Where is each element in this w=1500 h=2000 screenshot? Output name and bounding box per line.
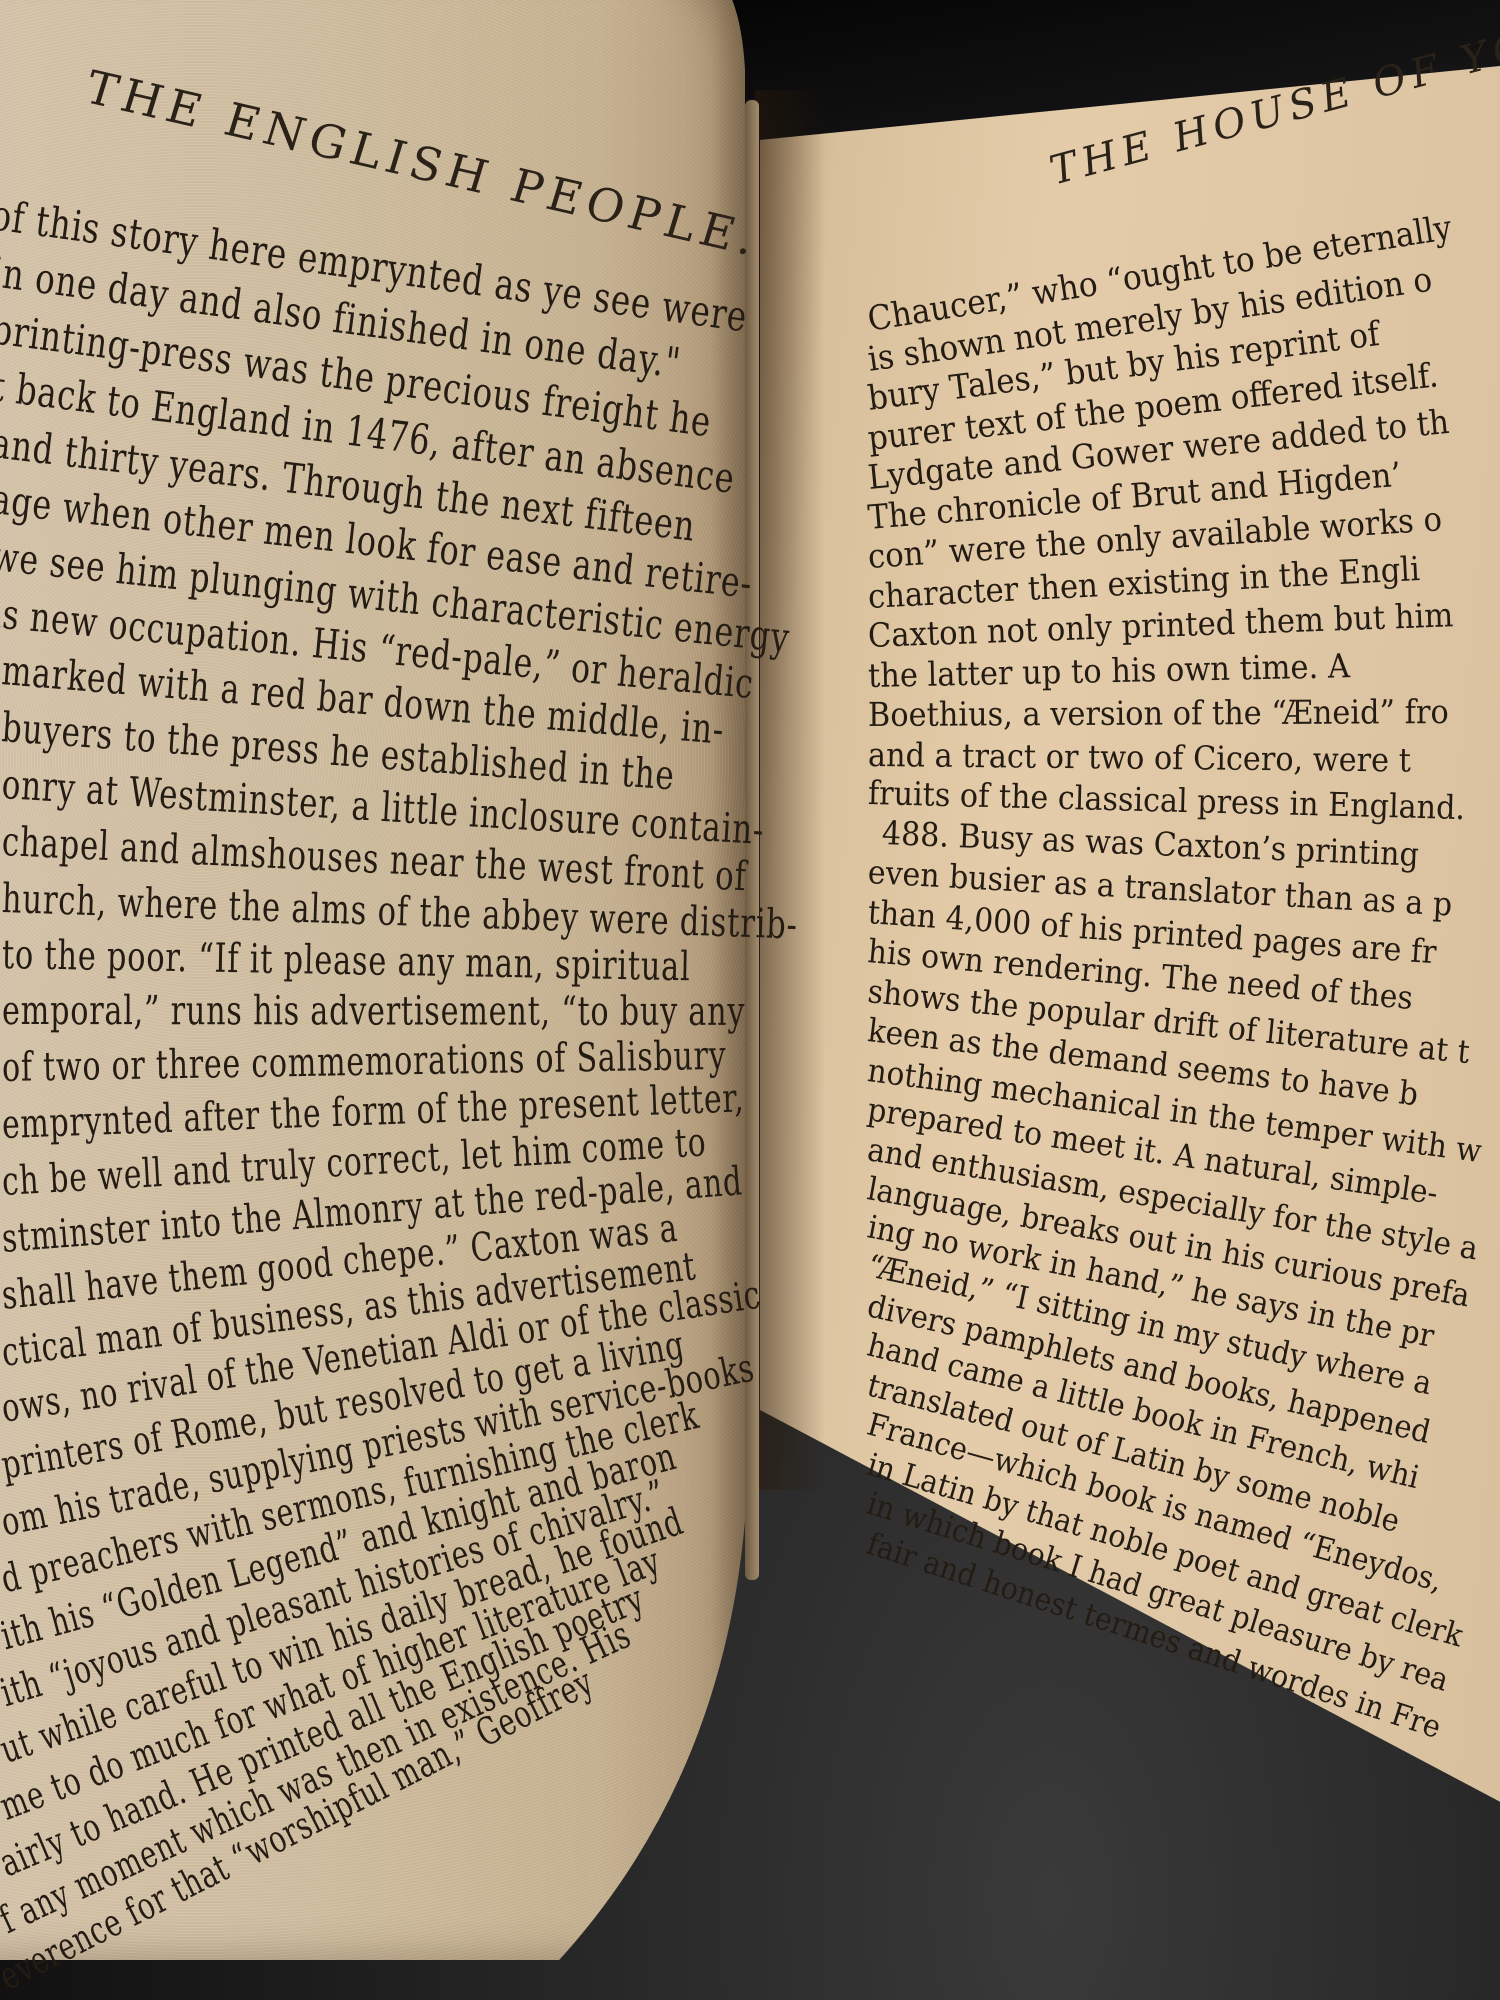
right-text-line: Boethius, a version of the “Æneid” fro (868, 692, 1449, 734)
right-text-line: and a tract or two of Cicero, were t (868, 735, 1411, 779)
left-text-line: emporal,” runs his advertisement, “to bu… (2, 988, 745, 1035)
open-book-photo: THE HOUSE OF YO Chaucer,” who “ought to … (0, 0, 1500, 2000)
